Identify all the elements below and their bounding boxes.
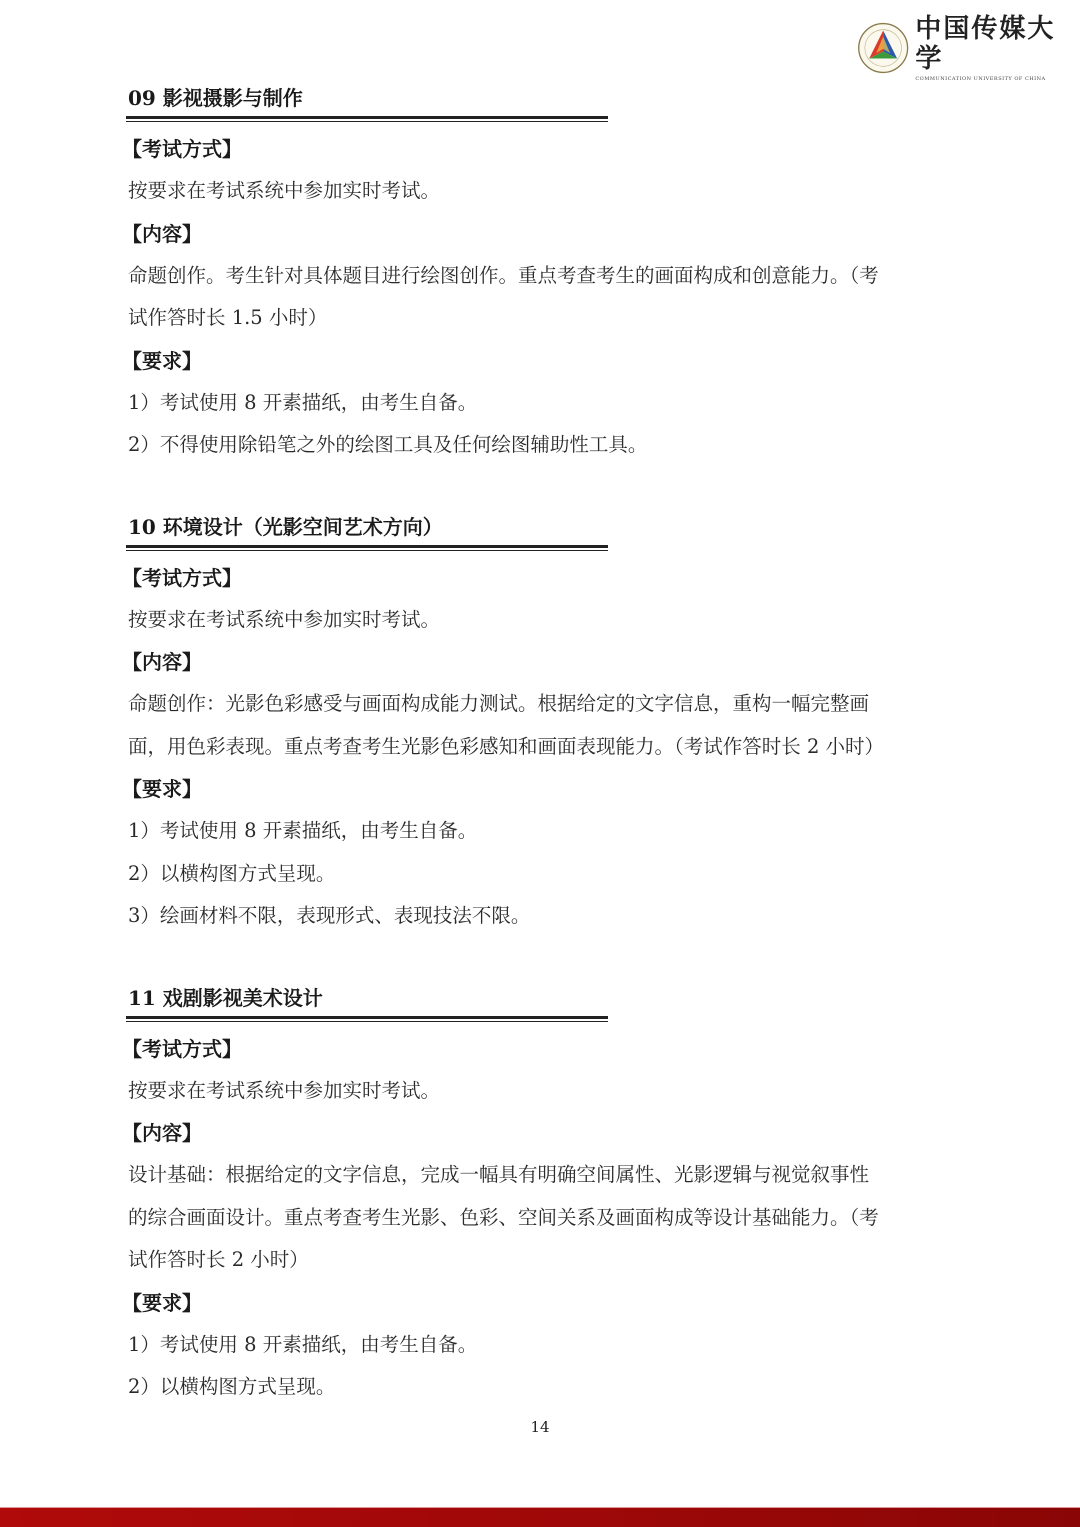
double-rule-divider bbox=[126, 1016, 608, 1022]
section-spacer bbox=[128, 467, 958, 509]
exam-method-label: 【考试方式】 bbox=[122, 128, 958, 170]
exam-method-label: 【考试方式】 bbox=[122, 557, 958, 599]
requirement-item: 2）以横构图方式呈现。 bbox=[128, 853, 958, 896]
document-body: 09 影视摄影与制作 【考试方式】 按要求在考试系统中参加实时考试。 【内容】 … bbox=[128, 80, 958, 1409]
content-line: 的综合画面设计。重点考查考生光影、色彩、空间关系及画面构成等设计基础能力。（考 bbox=[128, 1197, 958, 1240]
requirement-item: 2）以横构图方式呈现。 bbox=[128, 1366, 958, 1409]
content-line: 面，用色彩表现。重点考查考生光影色彩感知和画面表现能力。（考试作答时长 2 小时… bbox=[128, 726, 958, 769]
section-spacer bbox=[128, 938, 958, 980]
double-rule-divider bbox=[126, 545, 608, 551]
requirements-label: 【要求】 bbox=[122, 340, 958, 382]
requirement-item: 1）考试使用 8 开素描纸，由考生自备。 bbox=[128, 1324, 958, 1367]
exam-method-text: 按要求在考试系统中参加实时考试。 bbox=[128, 599, 958, 642]
content-label: 【内容】 bbox=[122, 641, 958, 683]
university-name-cn: 中国传媒大学 bbox=[915, 14, 1067, 74]
requirement-item: 1）考试使用 8 开素描纸，由考生自备。 bbox=[128, 810, 958, 853]
section-11: 11 戏剧影视美术设计 【考试方式】 按要求在考试系统中参加实时考试。 【内容】… bbox=[128, 980, 958, 1409]
footer-red-bar bbox=[0, 1507, 1080, 1527]
exam-method-text: 按要求在考试系统中参加实时考试。 bbox=[128, 1070, 958, 1113]
university-emblem-icon bbox=[857, 19, 909, 77]
university-logo: 中国传媒大学 COMMUNICATION UNIVERSITY OF CHINA bbox=[857, 18, 1067, 78]
content-line: 设计基础：根据给定的文字信息，完成一幅具有明确空间属性、光影逻辑与视觉叙事性 bbox=[128, 1154, 958, 1197]
content-label: 【内容】 bbox=[122, 1112, 958, 1154]
content-label: 【内容】 bbox=[122, 213, 958, 255]
requirement-item: 3）绘画材料不限，表现形式、表现技法不限。 bbox=[128, 895, 958, 938]
double-rule-divider bbox=[126, 116, 608, 122]
requirements-label: 【要求】 bbox=[122, 1282, 958, 1324]
content-line: 试作答时长 2 小时） bbox=[128, 1239, 958, 1282]
page-number: 14 bbox=[0, 1418, 1080, 1436]
section-10: 10 环境设计（光影空间艺术方向） 【考试方式】 按要求在考试系统中参加实时考试… bbox=[128, 509, 958, 938]
section-title: 10 环境设计（光影空间艺术方向） bbox=[128, 509, 958, 545]
requirement-item: 2）不得使用除铅笔之外的绘图工具及任何绘图辅助性工具。 bbox=[128, 424, 958, 467]
exam-method-label: 【考试方式】 bbox=[122, 1028, 958, 1070]
content-line: 命题创作。考生针对具体题目进行绘图创作。重点考查考生的画面构成和创意能力。（考 bbox=[128, 255, 958, 298]
section-title: 11 戏剧影视美术设计 bbox=[128, 980, 958, 1016]
requirement-item: 1）考试使用 8 开素描纸，由考生自备。 bbox=[128, 382, 958, 425]
exam-method-text: 按要求在考试系统中参加实时考试。 bbox=[128, 170, 958, 213]
content-line: 试作答时长 1.5 小时） bbox=[128, 297, 958, 340]
content-line: 命题创作：光影色彩感受与画面构成能力测试。根据给定的文字信息，重构一幅完整画 bbox=[128, 683, 958, 726]
requirements-label: 【要求】 bbox=[122, 768, 958, 810]
section-title: 09 影视摄影与制作 bbox=[128, 80, 958, 116]
section-09: 09 影视摄影与制作 【考试方式】 按要求在考试系统中参加实时考试。 【内容】 … bbox=[128, 80, 958, 467]
